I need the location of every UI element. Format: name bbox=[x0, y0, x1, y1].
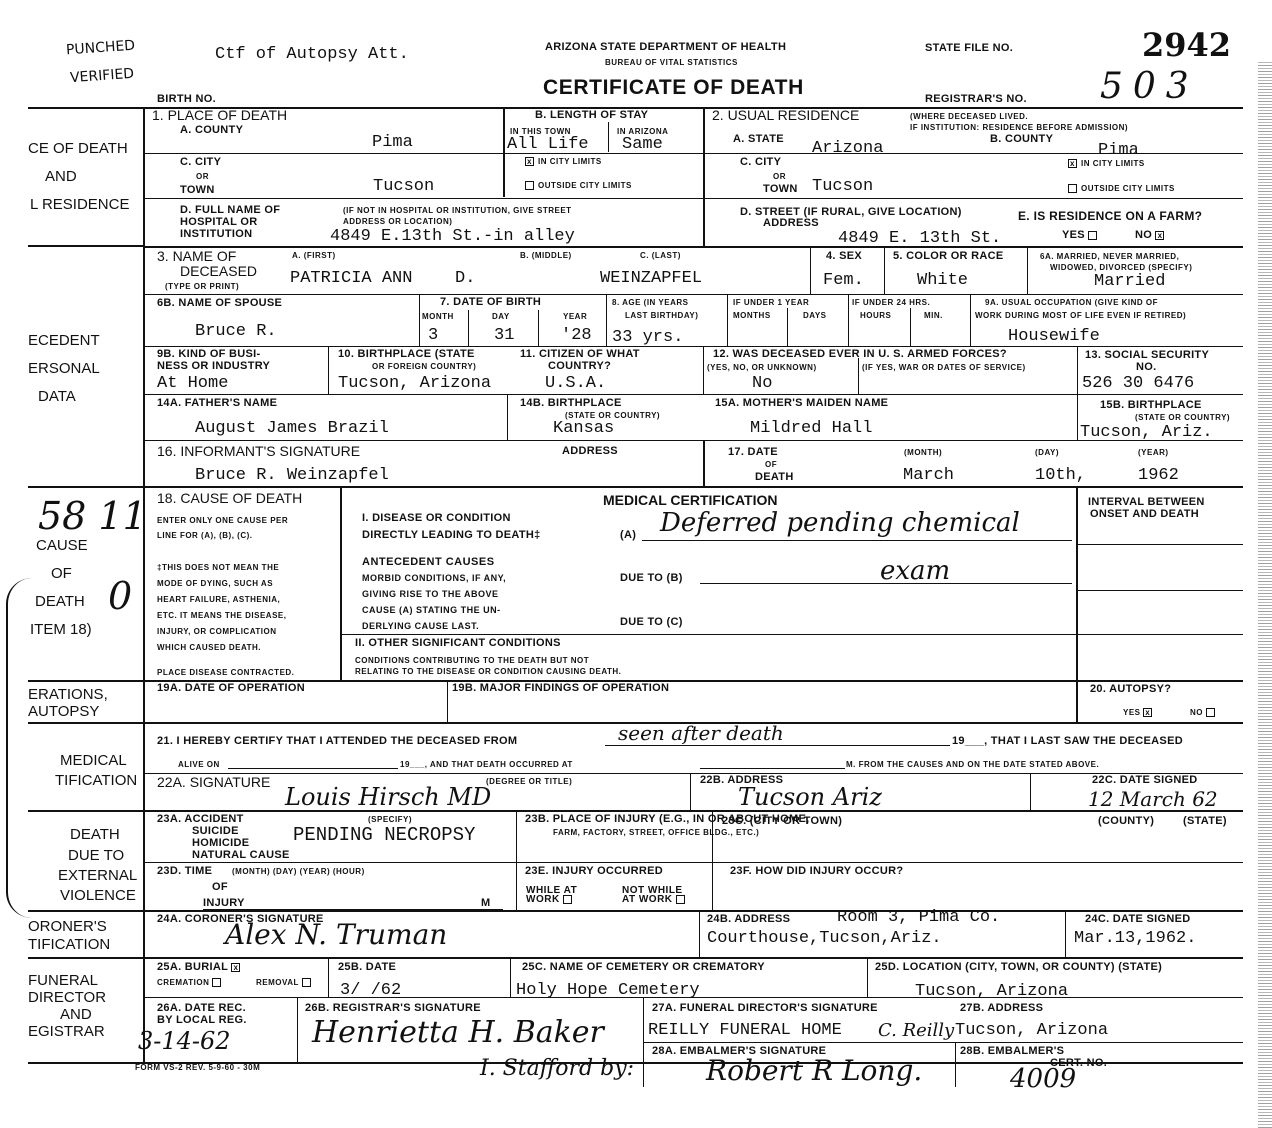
funeral-director-address-value: Tucson, Arizona bbox=[955, 1022, 1108, 1040]
farm-yes-checkbox[interactable] bbox=[1088, 231, 1097, 240]
in-city-limits-checkbox[interactable]: x bbox=[525, 157, 534, 166]
dob-day-value: 31 bbox=[494, 327, 514, 345]
farm-question-label: E. IS RESIDENCE ON A FARM? bbox=[1018, 211, 1202, 222]
residence-note-2: IF INSTITUTION: RESIDENCE BEFORE ADMISSI… bbox=[910, 123, 1128, 132]
dod-month-value: March bbox=[903, 467, 954, 485]
side-label-medical-1: MEDICAL bbox=[60, 752, 127, 769]
residence-street-value: 4849 E. 13th St. bbox=[838, 230, 1001, 248]
state-file-number: 2942 bbox=[1142, 26, 1231, 64]
coroner-signature: Alex N. Truman bbox=[225, 924, 447, 946]
registrar-signature-label: 26B. REGISTRAR'S SIGNATURE bbox=[305, 1003, 481, 1014]
armed-forces-label: 12. WAS DECEASED EVER IN U. S. ARMED FOR… bbox=[713, 349, 1007, 360]
citizen-label-1: 11. CITIZEN OF WHAT bbox=[520, 349, 640, 360]
stay-in-town-value: All Life bbox=[507, 136, 589, 154]
side-label-coroner-1: ORONER'S bbox=[28, 918, 107, 935]
residence-state-value: Arizona bbox=[812, 140, 883, 158]
while-at-work[interactable]: WHILE ATWORK bbox=[526, 886, 577, 904]
injury-place-label-2: FARM, FACTORY, STREET, OFFICE BLDG., ETC… bbox=[553, 828, 759, 837]
dod-day-label: (DAY) bbox=[1035, 448, 1059, 457]
death-city-value: Tucson bbox=[373, 178, 434, 196]
funeral-director-value: REILLY FUNERAL HOME bbox=[648, 1022, 842, 1040]
side-label-cause-4: ITEM 18) bbox=[30, 621, 92, 638]
birthplace-value: Tucson, Arizona bbox=[338, 375, 491, 393]
informant-address-label: ADDRESS bbox=[562, 446, 618, 457]
dob-year-value: '28 bbox=[561, 327, 592, 345]
address-label: ADDRESS bbox=[763, 218, 819, 229]
name-label-3: (TYPE OR PRINT) bbox=[165, 282, 239, 291]
coroner-date-value: Mar.13,1962. bbox=[1074, 930, 1196, 948]
age-label-2: LAST BIRTHDAY) bbox=[625, 311, 698, 320]
cause-b-label: DUE TO (B) bbox=[620, 573, 683, 584]
state-file-label: STATE FILE NO. bbox=[925, 43, 1013, 54]
mother-birthplace-label: 15B. BIRTHPLACE bbox=[1100, 400, 1202, 411]
injury-state-label: (STATE) bbox=[1183, 816, 1227, 827]
dod-year-label: (YEAR) bbox=[1138, 448, 1169, 457]
side-label-funeral-3: AND bbox=[60, 1006, 92, 1023]
certify-line-2b: 19___, AND THAT DEATH OCCURRED AT bbox=[400, 760, 573, 769]
side-label-ext-4: VIOLENCE bbox=[60, 887, 136, 904]
marital-label-1: 6A. MARRIED, NEVER MARRIED, bbox=[1040, 252, 1179, 261]
embalmer-signature: Robert R Long. bbox=[706, 1060, 922, 1082]
hospital-value: 4849 E.13th St.-in alley bbox=[330, 228, 575, 246]
side-label-ext-3: EXTERNAL bbox=[58, 867, 137, 884]
bureau-name: BUREAU OF VITAL STATISTICS bbox=[605, 58, 738, 67]
cause-instr-1: ENTER ONLY ONE CAUSE PER bbox=[157, 516, 288, 525]
side-label-place-3: L RESIDENCE bbox=[30, 196, 129, 213]
attended-from-value: seen after death bbox=[618, 722, 784, 744]
funeral-director-label: 27A. FUNERAL DIRECTOR'S SIGNATURE bbox=[652, 1003, 878, 1014]
dod-label-2: OF bbox=[765, 460, 777, 469]
disease-label-2: DIRECTLY LEADING TO DEATH‡ bbox=[362, 530, 541, 541]
name-label-2: DECEASED bbox=[180, 264, 257, 279]
birth-no-label: BIRTH NO. bbox=[157, 94, 216, 105]
ssn-label-1: 13. SOCIAL SECURITY bbox=[1085, 350, 1209, 361]
certify-line-2c: M. FROM THE CAUSES AND ON THE DATE STATE… bbox=[846, 760, 1099, 769]
manner-labels: 23A. ACCIDENT SUICIDE HOMICIDE NATURAL C… bbox=[157, 813, 290, 861]
signature-label: 22A. SIGNATURE bbox=[157, 775, 270, 790]
informant-label: 16. INFORMANT'S SIGNATURE bbox=[157, 444, 360, 459]
removal-option[interactable]: REMOVAL bbox=[256, 978, 315, 987]
occupation-value: Housewife bbox=[1008, 328, 1100, 346]
race-label: 5. COLOR OR RACE bbox=[893, 251, 1004, 262]
side-label-cause-2: OF bbox=[51, 565, 72, 582]
spouse-label: 6B. NAME OF SPOUSE bbox=[157, 298, 282, 309]
registrar-number: 503 bbox=[1100, 76, 1199, 98]
not-while-at-work-checkbox[interactable] bbox=[676, 895, 685, 904]
middle-name-value: D. bbox=[455, 270, 475, 288]
death-in-city-limits[interactable]: xIN CITY LIMITS bbox=[525, 157, 602, 166]
antecedent-note: ANTECEDENT CAUSESMORBID CONDITIONS, IF A… bbox=[362, 554, 506, 634]
farm-yes[interactable]: YES bbox=[1062, 230, 1101, 241]
last-name-label: C. (LAST) bbox=[640, 251, 681, 260]
side-label-place-2: AND bbox=[45, 168, 77, 185]
agency-name: ARIZONA STATE DEPARTMENT OF HEALTH bbox=[545, 42, 786, 53]
physician-address-value: Tucson Ariz bbox=[738, 786, 882, 808]
interval-label-1: INTERVAL BETWEEN bbox=[1088, 497, 1205, 508]
injury-m-label: M bbox=[481, 898, 490, 909]
father-birthplace-label: 14B. BIRTHPLACE bbox=[520, 398, 622, 409]
injury-occurred-label: 23E. INJURY OCCURRED bbox=[525, 866, 663, 877]
side-label-place-1: CE OF DEATH bbox=[28, 140, 128, 157]
date-signed-value: 12 March 62 bbox=[1088, 788, 1218, 810]
hospital-note-2: ADDRESS OR LOCATION) bbox=[343, 217, 452, 226]
months-label: MONTHS bbox=[733, 311, 771, 320]
farm-no[interactable]: NO x bbox=[1135, 230, 1168, 241]
date-signed-label: 22C. DATE SIGNED bbox=[1092, 775, 1197, 786]
father-value: August James Brazil bbox=[195, 420, 389, 438]
armed-forces-note-2: (IF YES, WAR OR DATES OF SERVICE) bbox=[862, 363, 1026, 372]
death-county-value: Pima bbox=[372, 134, 413, 152]
dod-month-label: (MONTH) bbox=[904, 448, 942, 457]
ssn-value: 526 30 6476 bbox=[1082, 375, 1194, 393]
autopsy-no-checkbox[interactable] bbox=[1206, 708, 1215, 717]
embalmer-cert-label-1: 28B. EMBALMER'S bbox=[960, 1046, 1064, 1057]
mother-value: Mildred Hall bbox=[750, 420, 872, 438]
sex-label: 4. SEX bbox=[826, 251, 862, 262]
county-label: A. COUNTY bbox=[180, 125, 243, 136]
side-label-funeral-4: EGISTRAR bbox=[28, 1023, 105, 1040]
age-value: 33 yrs. bbox=[612, 329, 683, 347]
occupation-label-2: WORK DURING MOST OF LIFE EVEN IF RETIRED… bbox=[975, 311, 1186, 320]
mother-label: 15A. MOTHER'S MAIDEN NAME bbox=[715, 398, 888, 409]
ssn-label-2: NO. bbox=[1136, 362, 1156, 373]
autopsy-yes-checkbox[interactable]: x bbox=[1143, 708, 1152, 717]
length-of-stay-label: B. LENGTH OF STAY bbox=[535, 110, 648, 121]
residence-city-value: Tucson bbox=[812, 178, 873, 196]
residence-note-1: (WHERE DECEASED LIVED. bbox=[910, 112, 1028, 121]
margin-mark: 0 bbox=[108, 585, 132, 607]
father-label: 14A. FATHER'S NAME bbox=[157, 398, 277, 409]
side-label-ext-1: DEATH bbox=[70, 826, 120, 843]
autopsy-label: 20. AUTOPSY? bbox=[1090, 684, 1171, 695]
residence-county-label: B. COUNTY bbox=[990, 134, 1053, 145]
while-at-work-checkbox[interactable] bbox=[563, 895, 572, 904]
side-label-decedent-3: DATA bbox=[38, 388, 76, 405]
mother-birthplace-value: Tucson, Ariz. bbox=[1080, 424, 1213, 442]
dod-label-1: 17. DATE bbox=[728, 447, 778, 458]
funeral-director-address-label: 27B. ADDRESS bbox=[960, 1003, 1043, 1014]
citizen-label-2: COUNTRY? bbox=[548, 361, 611, 372]
dod-year-value: 1962 bbox=[1138, 467, 1179, 485]
side-label-funeral-1: FUNERAL bbox=[28, 972, 98, 989]
side-label-medical-2: TIFICATION bbox=[55, 772, 137, 789]
margin-note: 58 11 bbox=[38, 505, 147, 527]
cause-of-death-label: 18. CAUSE OF DEATH bbox=[157, 491, 302, 506]
operation-findings-label: 19B. MAJOR FINDINGS OF OPERATION bbox=[452, 683, 669, 694]
armed-forces-note-1: (YES, NO, OR UNKNOWN) bbox=[707, 363, 817, 372]
burial-date-label: 25B. DATE bbox=[338, 962, 396, 973]
cemetery-location-label: 25D. LOCATION (CITY, TOWN, OR COUNTY) (S… bbox=[875, 962, 1162, 973]
registrar-no-label: REGISTRAR'S NO. bbox=[925, 94, 1027, 105]
marital-label-2: WIDOWED, DIVORCED (SPECIFY) bbox=[1050, 263, 1192, 272]
hospital-note-1: (IF NOT IN HOSPITAL OR INSTITUTION, GIVE… bbox=[343, 206, 572, 215]
other-conditions-note-2: RELATING TO THE DISEASE OR CONDITION CAU… bbox=[355, 667, 621, 676]
burial-option[interactable]: 25A. BURIAL x bbox=[157, 962, 244, 973]
days-label: DAYS bbox=[803, 311, 827, 320]
embalmer-cert-value: 4009 bbox=[1010, 1068, 1076, 1090]
injury-label: INJURY bbox=[203, 898, 245, 909]
specify-label: (SPECIFY) bbox=[368, 815, 412, 824]
cause-note: ‡THIS DOES NOT MEAN THEMODE OF DYING, SU… bbox=[157, 560, 286, 656]
residence-or-label: OR bbox=[773, 172, 786, 181]
place-of-death-label: 1. PLACE OF DEATH bbox=[152, 108, 287, 123]
hospital-label-2: HOSPITAL OR bbox=[180, 217, 257, 228]
farm-no-checkbox[interactable]: x bbox=[1155, 231, 1164, 240]
dod-label-3: DEATH bbox=[755, 472, 794, 483]
verified-stamp: VERIFIED bbox=[70, 66, 135, 86]
date-received-label-2: BY LOCAL REG. bbox=[157, 1015, 247, 1026]
usual-residence-label: 2. USUAL RESIDENCE bbox=[712, 108, 859, 123]
death-outside-city-limits[interactable]: OUTSIDE CITY LIMITS bbox=[525, 181, 632, 190]
residence-in-city-checkbox[interactable]: x bbox=[1068, 159, 1077, 168]
first-name-value: PATRICIA ANN bbox=[290, 270, 412, 288]
medical-cert-title: MEDICAL CERTIFICATION bbox=[603, 493, 777, 508]
certify-line-1a: 21. I HEREBY CERTIFY THAT I ATTENDED THE… bbox=[157, 736, 517, 747]
punched-stamp: PUNCHED bbox=[66, 38, 136, 59]
injury-of-label: OF bbox=[212, 882, 228, 893]
coroner-address-2: Courthouse,Tucson,Ariz. bbox=[707, 930, 942, 948]
funeral-director-signature: C. Reilly bbox=[878, 1020, 954, 1042]
min-label: MIN. bbox=[924, 311, 943, 320]
residence-city-label: C. CITY bbox=[740, 157, 781, 168]
birthplace-label-2: OR FOREIGN COUNTRY) bbox=[372, 362, 476, 371]
residence-county-value: Pima bbox=[1098, 142, 1139, 160]
or-label: OR bbox=[196, 172, 209, 181]
cause-c-label: DUE TO (C) bbox=[620, 617, 683, 628]
removal-checkbox[interactable] bbox=[302, 978, 311, 987]
residence-outside-city-limits[interactable]: OUTSIDE CITY LIMITS bbox=[1068, 184, 1175, 193]
residence-state-label: A. STATE bbox=[733, 134, 784, 145]
side-label-funeral-2: DIRECTOR bbox=[28, 989, 106, 1006]
side-label-ops-2: AUTOPSY bbox=[28, 703, 99, 720]
hospital-label-3: INSTITUTION bbox=[180, 229, 252, 240]
armed-forces-value: No bbox=[752, 375, 772, 393]
side-label-cause-3: DEATH bbox=[35, 593, 85, 610]
operation-date-label: 19A. DATE OF OPERATION bbox=[157, 683, 305, 694]
dob-year-label: YEAR bbox=[563, 312, 587, 321]
informant-value: Bruce R. Weinzapfel bbox=[195, 467, 389, 485]
spouse-value: Bruce R. bbox=[195, 323, 277, 341]
physician-signature: Louis Hirsch MD bbox=[285, 786, 491, 808]
stay-in-state-value: Same bbox=[622, 136, 663, 154]
side-label-decedent-1: ECEDENT bbox=[28, 332, 100, 349]
injury-time-label: 23D. TIME bbox=[157, 866, 212, 877]
other-conditions-label: II. OTHER SIGNIFICANT CONDITIONS bbox=[355, 638, 561, 649]
hours-label: HOURS bbox=[860, 311, 891, 320]
form-number: FORM VS-2 REV. 5-9-60 - 30M bbox=[135, 1063, 260, 1072]
disease-label-1: I. DISEASE OR CONDITION bbox=[362, 513, 511, 524]
not-while-at-work[interactable]: NOT WHILEAT WORK bbox=[622, 886, 689, 904]
residence-in-city-limits[interactable]: xIN CITY LIMITS bbox=[1068, 159, 1145, 168]
residence-outside-city-checkbox[interactable] bbox=[1068, 184, 1077, 193]
cause-b-value: exam bbox=[880, 560, 950, 582]
age-label-1: 8. AGE (IN YEARS bbox=[612, 298, 688, 307]
birthplace-label-1: 10. BIRTHPLACE (STATE bbox=[338, 349, 475, 360]
middle-name-label: B. (MIDDLE) bbox=[520, 251, 572, 260]
marital-value: Married bbox=[1094, 273, 1165, 291]
coroner-address-1: Room 3, Pima Co. bbox=[837, 909, 1000, 927]
burial-checkbox[interactable]: x bbox=[231, 963, 240, 972]
certify-line-1b: 19___, THAT I LAST SAW THE DECEASED bbox=[952, 736, 1183, 747]
injury-time-cols: (MONTH) (DAY) (YEAR) (HOUR) bbox=[232, 867, 365, 876]
cremation-option[interactable]: CREMATION bbox=[157, 978, 225, 987]
outside-city-limits-checkbox[interactable] bbox=[525, 181, 534, 190]
cemetery-value: Holy Hope Cemetery bbox=[516, 982, 700, 1000]
autopsy-yes[interactable]: YES x bbox=[1123, 708, 1156, 717]
other-conditions-note-1: CONDITIONS CONTRIBUTING TO THE DEATH BUT… bbox=[355, 656, 589, 665]
autopsy-no[interactable]: NO bbox=[1190, 708, 1219, 717]
date-received-label-1: 26A. DATE REC. bbox=[157, 1003, 246, 1014]
dob-month-label: MONTH bbox=[422, 312, 454, 321]
coroner-date-label: 24C. DATE SIGNED bbox=[1085, 914, 1190, 925]
business-value: At Home bbox=[157, 375, 228, 393]
interval-label-2: ONSET AND DEATH bbox=[1090, 509, 1199, 520]
cause-instr-2: LINE FOR (A), (B), (C). bbox=[157, 531, 252, 540]
manner-value: PENDING NECROPSY bbox=[293, 826, 475, 844]
last-name-value: WEINZAPFEL bbox=[600, 270, 702, 288]
burial-date-value: 3/ /62 bbox=[340, 982, 401, 1000]
citizen-value: U.S.A. bbox=[545, 375, 606, 393]
name-label-1: 3. NAME OF bbox=[157, 249, 236, 264]
side-label-ops-1: ERATIONS, bbox=[28, 686, 108, 703]
city-label: C. CITY bbox=[180, 157, 221, 168]
how-injury-label: 23F. HOW DID INJURY OCCUR? bbox=[730, 866, 903, 877]
dob-label: 7. DATE OF BIRTH bbox=[440, 297, 541, 308]
certify-line-2a: ALIVE ON bbox=[178, 760, 220, 769]
cemetery-label: 25C. NAME OF CEMETERY OR CREMATORY bbox=[522, 962, 765, 973]
dob-month-value: 3 bbox=[428, 327, 438, 345]
father-birthplace-value: Kansas bbox=[553, 420, 614, 438]
scan-edge-noise bbox=[1258, 60, 1272, 1128]
side-label-decedent-2: ERSONAL bbox=[28, 360, 100, 377]
under-24-hrs-label: IF UNDER 24 HRS. bbox=[852, 298, 930, 307]
occupation-label-1: 9A. USUAL OCCUPATION (GIVE KIND OF bbox=[985, 298, 1158, 307]
page-title: CERTIFICATE OF DEATH bbox=[543, 76, 804, 100]
business-label-1: 9B. KIND OF BUSI- bbox=[157, 349, 261, 360]
first-name-label: A. (FIRST) bbox=[292, 251, 336, 260]
date-received-value: 3-14-62 bbox=[138, 1030, 231, 1052]
town-label: TOWN bbox=[180, 185, 215, 196]
side-label-ext-2: DUE TO bbox=[68, 847, 124, 864]
cause-a-value: Deferred pending chemical bbox=[660, 512, 1020, 534]
side-label-coroner-2: TIFICATION bbox=[28, 936, 110, 953]
cremation-checkbox[interactable] bbox=[212, 978, 221, 987]
business-label-2: NESS OR INDUSTRY bbox=[157, 361, 270, 372]
residence-town-label: TOWN bbox=[763, 184, 798, 195]
injury-city-label: 23C. (CITY OR TOWN) bbox=[722, 816, 842, 827]
deputy-signature: I. Stafford by: bbox=[480, 1058, 634, 1080]
mother-birthplace-note: (STATE OR COUNTRY) bbox=[1135, 413, 1230, 422]
registrar-signature: Henrietta H. Baker bbox=[312, 1022, 604, 1044]
dob-day-label: DAY bbox=[492, 312, 510, 321]
hospital-label-1: D. FULL NAME OF bbox=[180, 205, 280, 216]
typed-note: Ctf of Autopsy Att. bbox=[215, 46, 409, 64]
side-label-cause-1: CAUSE bbox=[36, 537, 88, 554]
sex-value: Fem. bbox=[823, 272, 864, 290]
race-value: White bbox=[917, 272, 968, 290]
coroner-address-label: 24B. ADDRESS bbox=[707, 914, 790, 925]
degree-label: (DEGREE OR TITLE) bbox=[486, 777, 572, 786]
cemetery-location-value: Tucson, Arizona bbox=[915, 983, 1068, 1001]
cause-a-label: (A) bbox=[620, 530, 636, 541]
injury-county-label: (COUNTY) bbox=[1098, 816, 1154, 827]
under-1-year-label: IF UNDER 1 YEAR bbox=[733, 298, 809, 307]
dod-day-value: 10th, bbox=[1035, 467, 1086, 485]
place-disease-contracted: PLACE DISEASE CONTRACTED. bbox=[157, 668, 294, 677]
